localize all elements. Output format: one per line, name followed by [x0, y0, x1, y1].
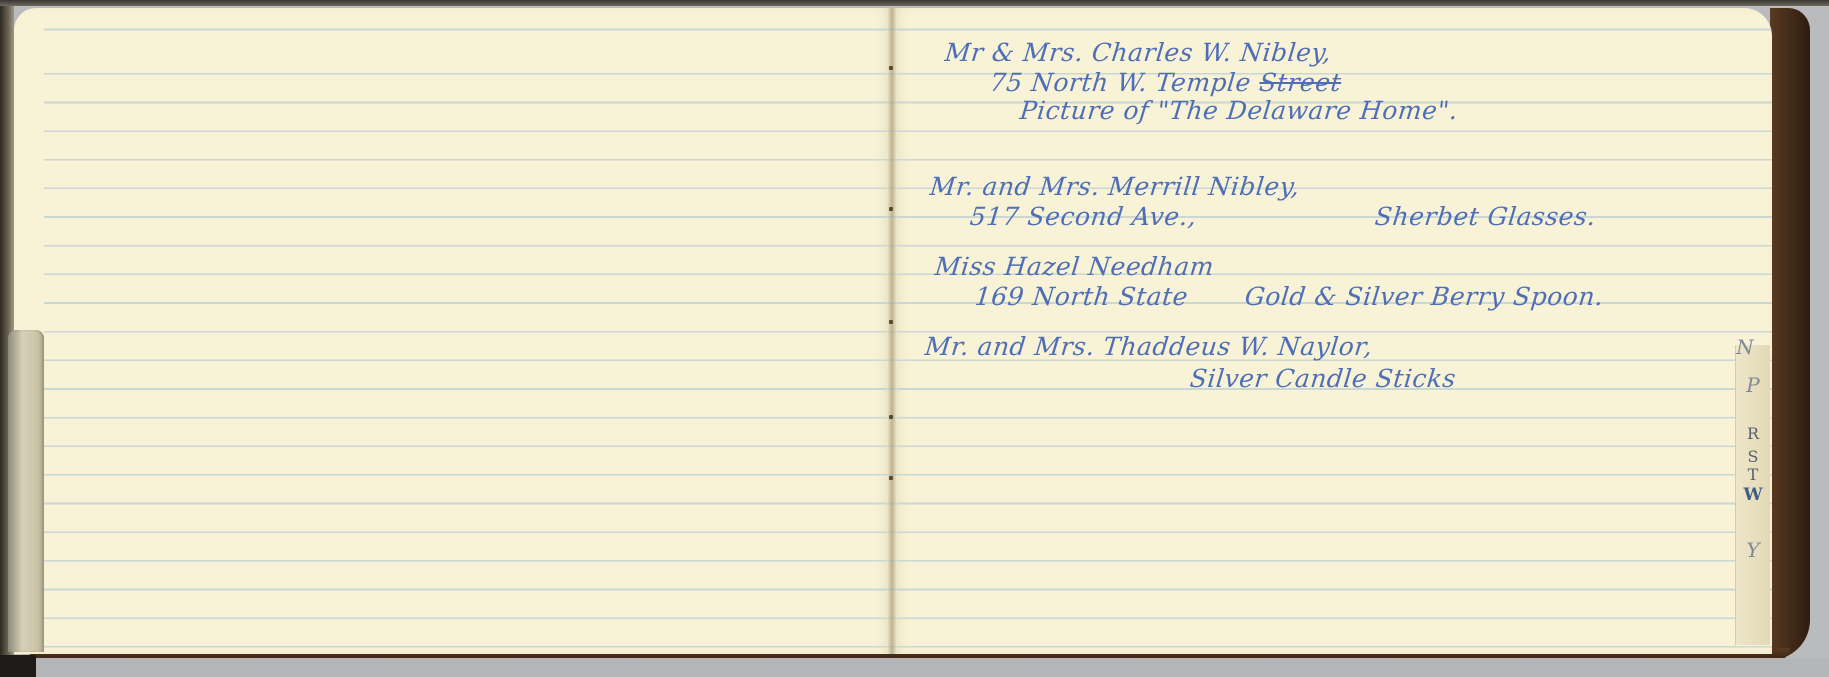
- scan-bottom-edge: [0, 658, 1829, 677]
- entry-1-name: Mr & Mrs. Charles W. Nibley,: [943, 38, 1332, 67]
- index-tab-y[interactable]: Y: [1741, 538, 1765, 562]
- index-tab-t[interactable]: T: [1741, 465, 1765, 484]
- binding-stitch: [889, 66, 893, 70]
- entry-3-gift: Gold & Silver Berry Spoon.: [1243, 282, 1605, 311]
- page-gutter: [888, 8, 896, 654]
- index-tab-r[interactable]: R: [1741, 424, 1765, 443]
- binding-stitch: [889, 207, 893, 211]
- index-tab-w[interactable]: W: [1741, 485, 1765, 505]
- entry-3-address: 169 North State: [973, 282, 1189, 311]
- entry-4-name: Mr. and Mrs. Thaddeus W. Naylor,: [923, 332, 1374, 361]
- left-page: [14, 8, 892, 654]
- binding-stitch: [889, 476, 893, 480]
- binding-stitch: [889, 320, 893, 324]
- entry-4-gift: Silver Candle Sticks: [1188, 364, 1457, 393]
- entry-2-name: Mr. and Mrs. Merrill Nibley,: [928, 172, 1301, 201]
- index-tab-s[interactable]: S: [1741, 447, 1765, 466]
- entry-1-gift: Picture of "The Delaware Home".: [1018, 96, 1459, 125]
- scan-bottom-left-corner: [0, 655, 36, 677]
- entry-1-address-text: 75 North W. Temple: [988, 68, 1252, 97]
- entry-2-gift: Sherbet Glasses.: [1373, 202, 1597, 231]
- ruled-lines: [44, 8, 892, 654]
- entry-1-address-struck: Street: [1258, 68, 1343, 97]
- page-stack-left: [8, 330, 44, 652]
- entry-1-address: 75 North W. Temple Street: [988, 68, 1342, 97]
- binding-stitch: [889, 415, 893, 419]
- index-tab-p[interactable]: P: [1741, 373, 1765, 397]
- index-tab-n[interactable]: N: [1733, 335, 1757, 359]
- entry-2-address: 517 Second Ave.,: [968, 202, 1198, 231]
- entry-3-name: Miss Hazel Needham: [933, 252, 1215, 281]
- scan-top-edge: [0, 0, 1829, 6]
- notebook-cover-right: [1770, 8, 1810, 660]
